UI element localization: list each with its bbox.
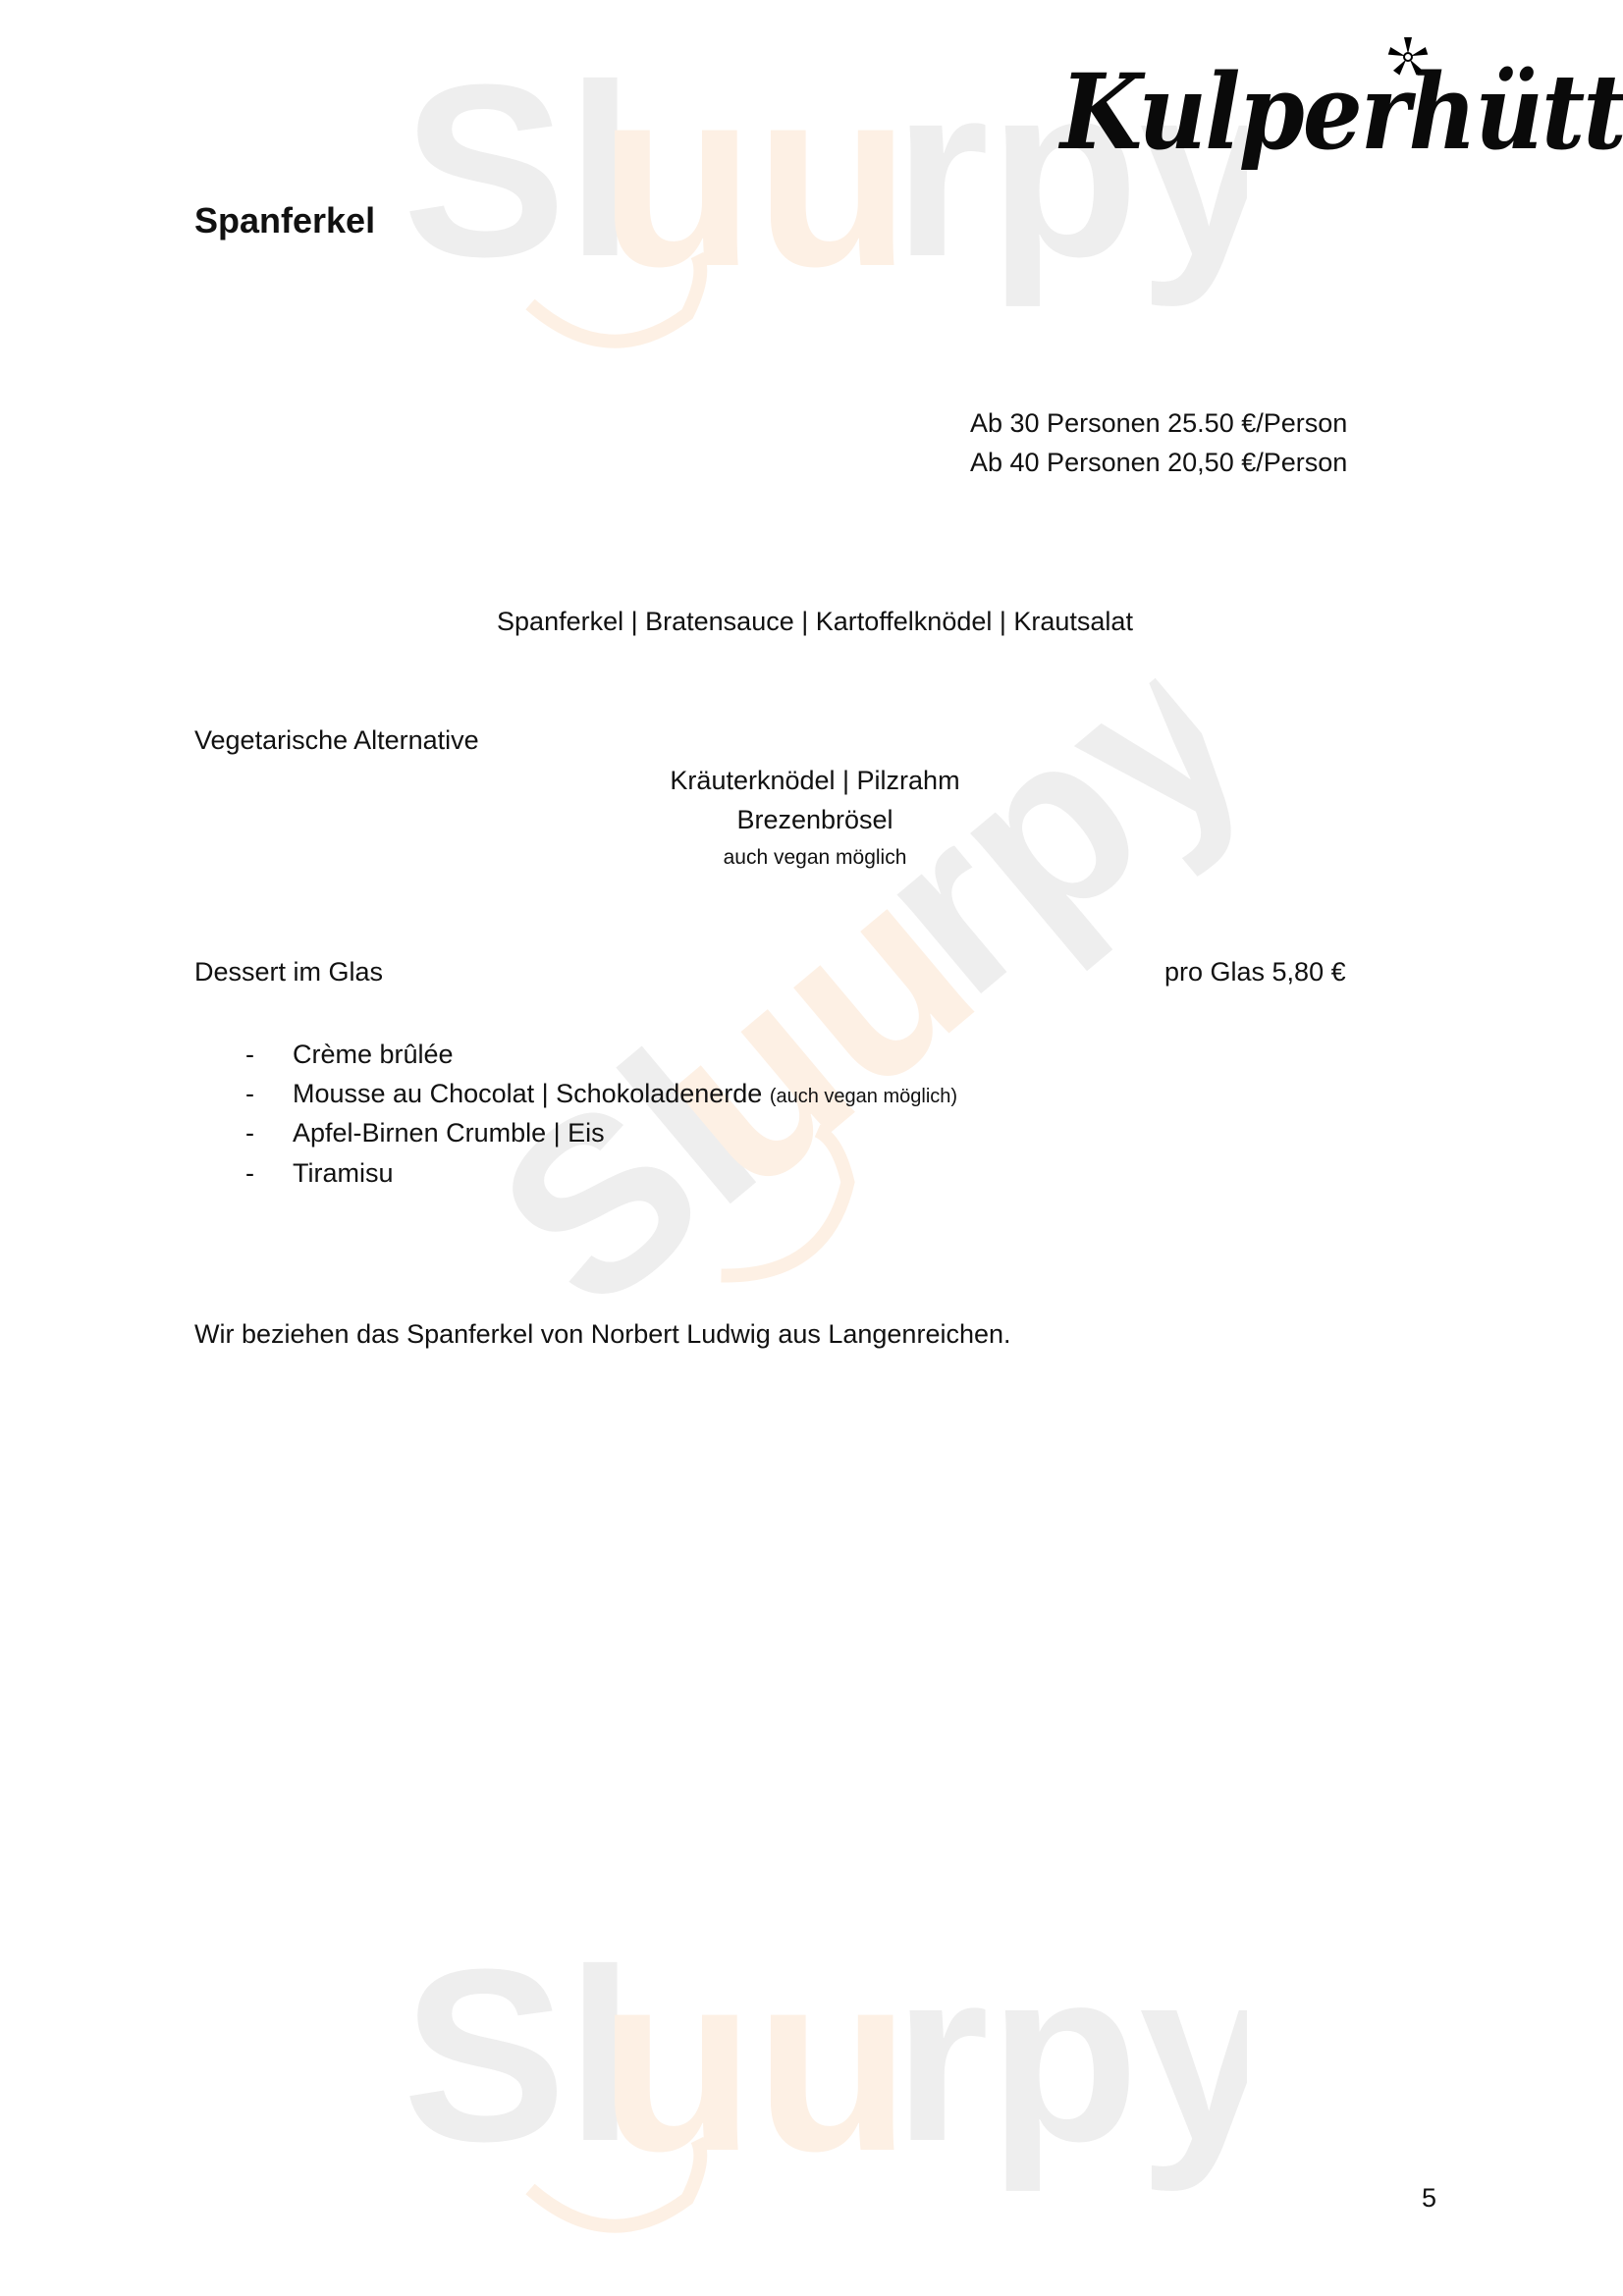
bullet-dash: - — [245, 1120, 293, 1147]
dessert-label: Dessert im Glas — [194, 959, 383, 986]
dessert-item-note: (auch vegan möglich) — [770, 1086, 957, 1107]
restaurant-logo: Kulperhütte — [1060, 51, 1623, 173]
svg-text:rpy: rpy — [893, 1944, 1247, 2192]
price-40-persons: Ab 40 Personen 20,50 €/Person — [970, 450, 1347, 476]
list-item: -Mousse au Chocolat | Schokoladenerde (a… — [245, 1081, 957, 1107]
svg-text:Sl: Sl — [465, 1001, 803, 1361]
dessert-item: Tiramisu — [293, 1158, 394, 1188]
edelweiss-icon — [1386, 35, 1430, 79]
list-item: -Apfel-Birnen Crumble | Eis — [245, 1120, 605, 1147]
vegan-note: auch vegan möglich — [0, 846, 1623, 870]
svg-text:Sl: Sl — [403, 1944, 634, 2192]
dessert-item: Crème brûlée — [293, 1040, 454, 1069]
price-30-persons: Ab 30 Personen 25.50 €/Person — [970, 410, 1347, 437]
svg-text:uu: uu — [601, 825, 1023, 1243]
supplier-note: Wir beziehen das Spanferkel von Norbert … — [194, 1321, 1011, 1348]
svg-text:uu: uu — [599, 59, 911, 320]
svg-text:uu: uu — [599, 1944, 911, 2205]
watermark-middle: Sl uu rpy — [465, 627, 1302, 1396]
bullet-dash: - — [245, 1081, 293, 1107]
dessert-price: pro Glas 5,80 € — [1164, 959, 1346, 986]
list-item: -Crème brûlée — [245, 1041, 454, 1068]
vegetarian-dish-line1: Kräuterknödel | Pilzrahm — [0, 768, 1623, 794]
dessert-item: Apfel-Birnen Crumble | Eis — [293, 1118, 605, 1148]
vegetarian-label: Vegetarische Alternative — [194, 727, 479, 754]
watermark-bottom: Sl uu rpy — [403, 1944, 1247, 2238]
list-item: -Tiramisu — [245, 1160, 394, 1187]
page-title: Spanferkel — [194, 200, 375, 241]
bullet-dash: - — [245, 1160, 293, 1187]
main-dish: Spanferkel | Bratensauce | Kartoffelknöd… — [0, 609, 1623, 635]
page-number: 5 — [1422, 2183, 1436, 2214]
vegetarian-dish-line2: Brezenbrösel — [0, 807, 1623, 833]
svg-text:Sl: Sl — [403, 59, 634, 307]
bullet-dash: - — [245, 1041, 293, 1068]
dessert-item: Mousse au Chocolat | Schokoladenerde — [293, 1079, 762, 1108]
